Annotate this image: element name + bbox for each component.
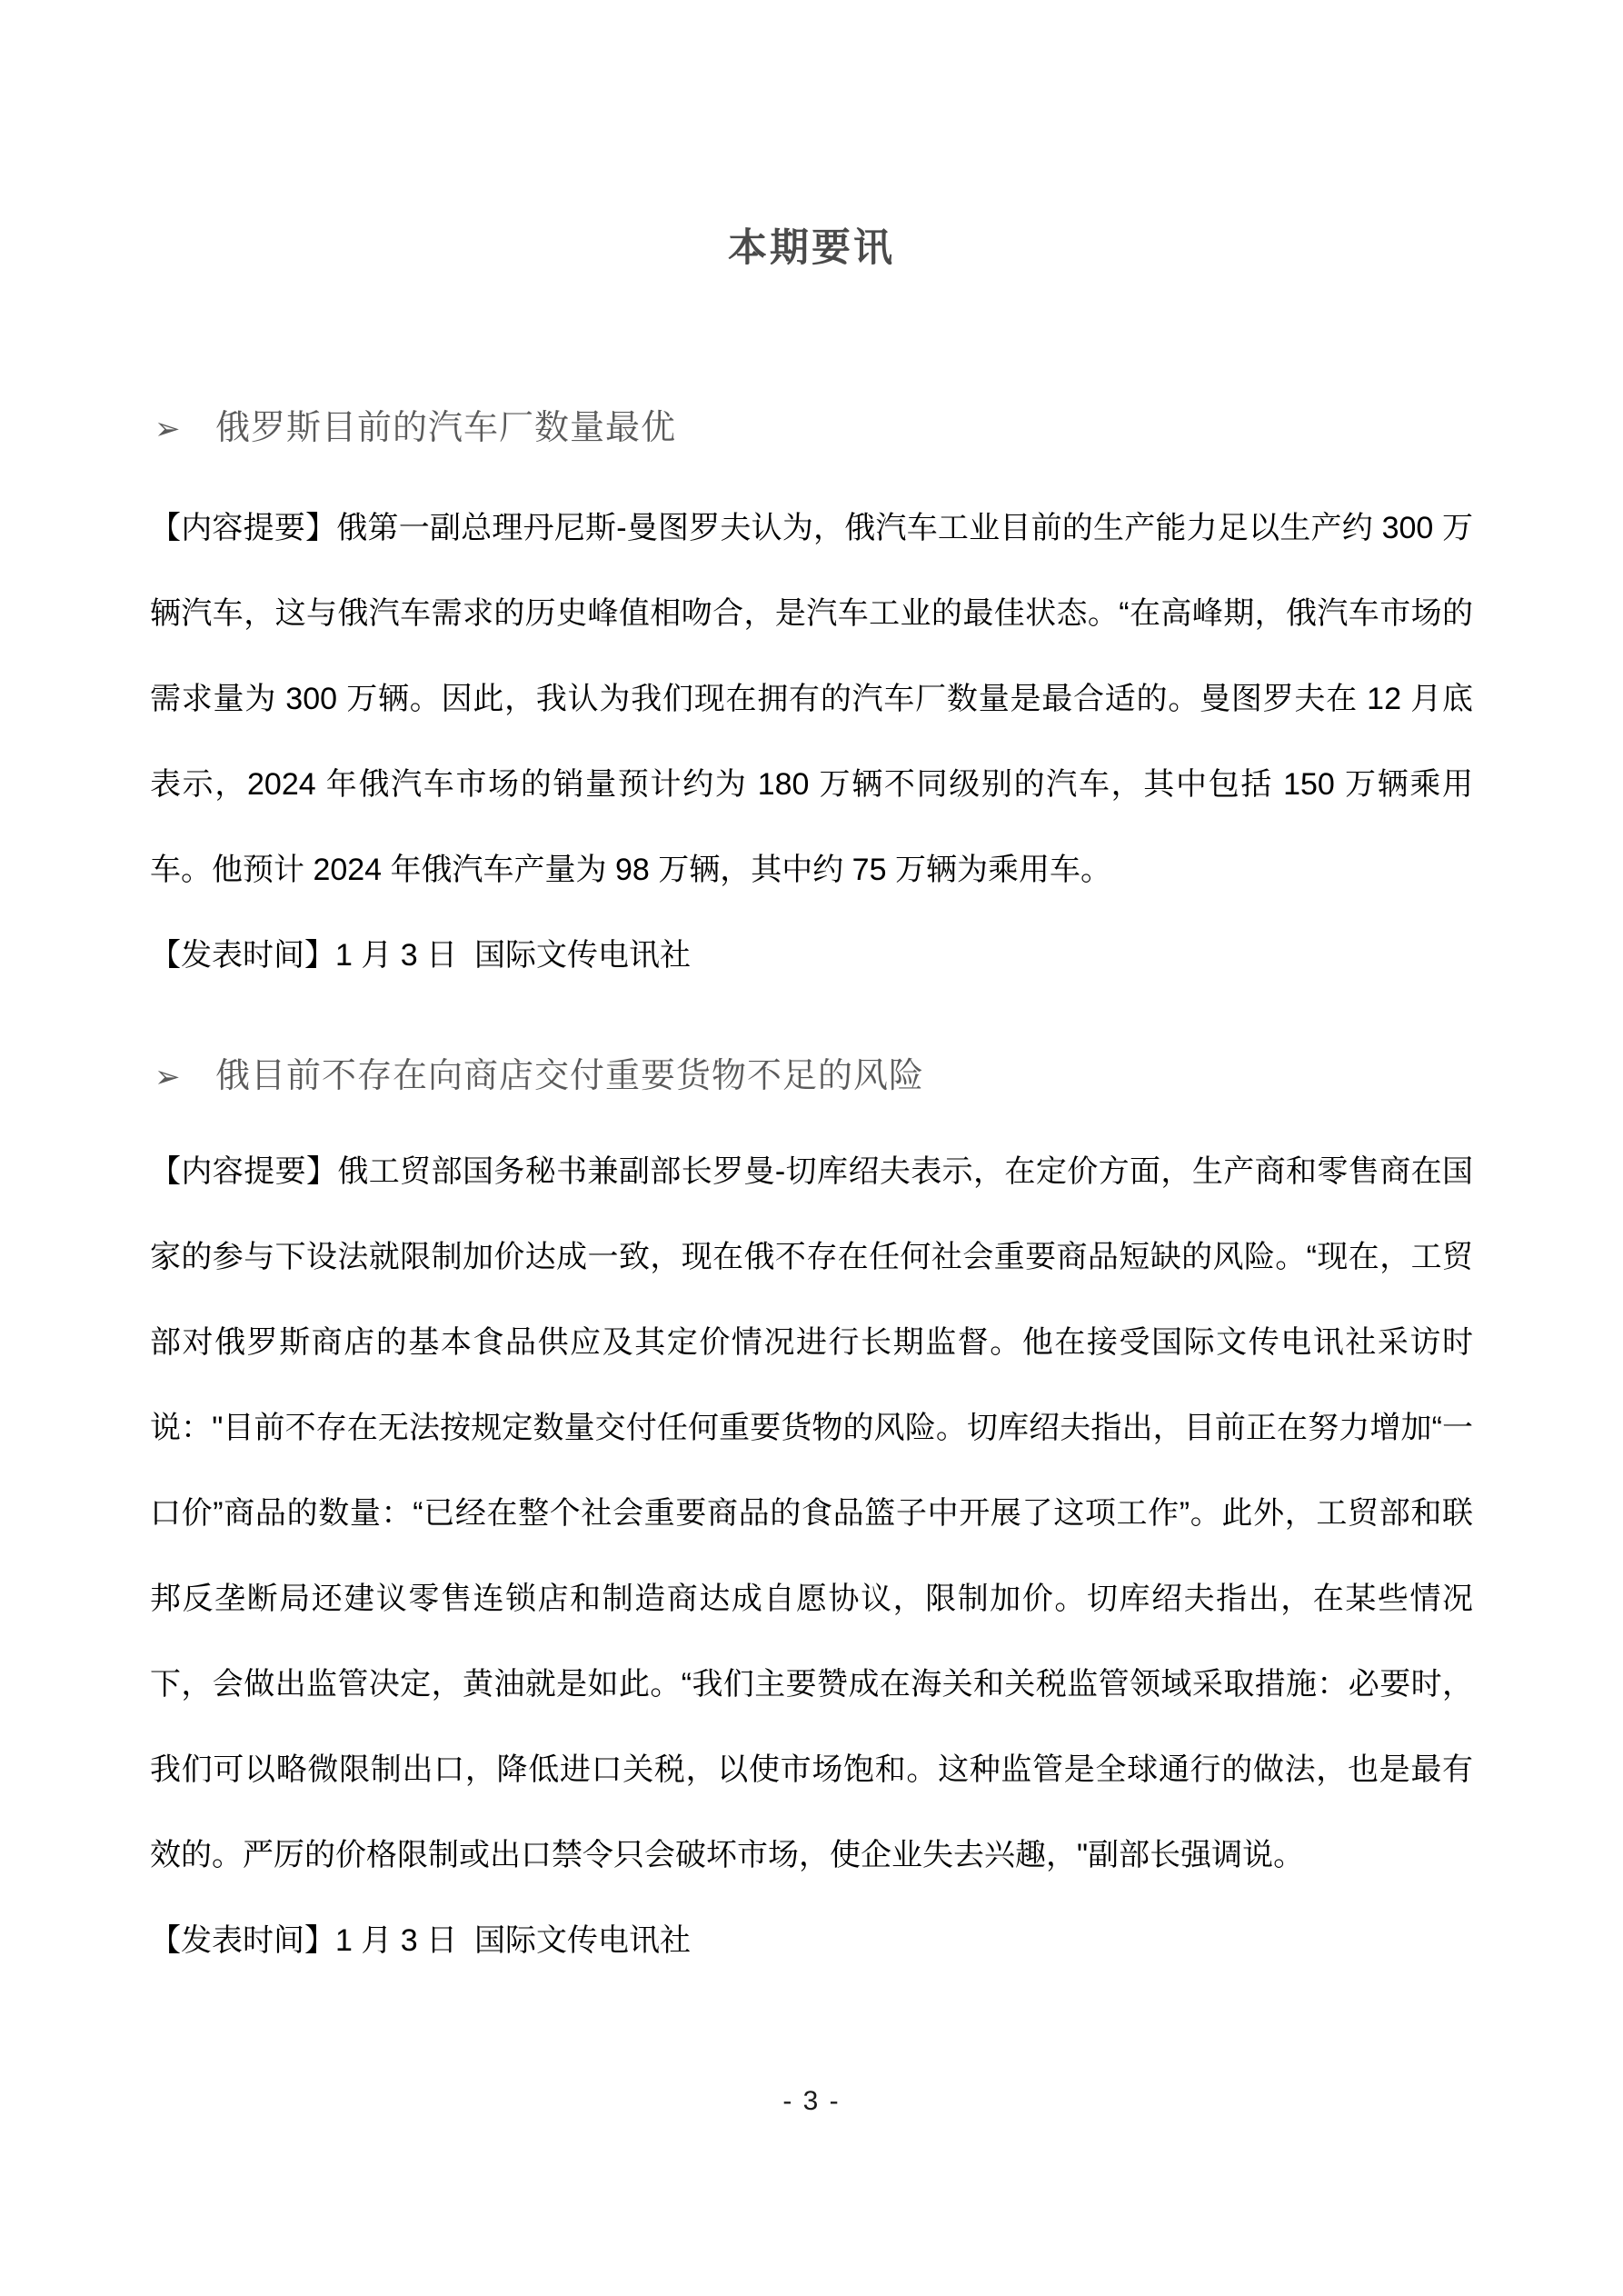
document-page: 本期要讯 ➢ 俄罗斯目前的汽车厂数量最优 【内容提要】俄第一副总理丹尼斯-曼图罗…: [0, 0, 1623, 2296]
section-heading-row: ➢ 俄罗斯目前的汽车厂数量最优: [150, 404, 1473, 453]
news-section-goods-delivery: ➢ 俄目前不存在向商店交付重要货物不足的风险 【内容提要】俄工贸部国务秘书兼副部…: [150, 1053, 1473, 1983]
section-heading-text: 俄罗斯目前的汽车厂数量最优: [215, 404, 676, 452]
arrow-bullet-icon: ➢: [150, 405, 215, 453]
arrow-bullet-icon: ➢: [150, 1053, 215, 1101]
publish-date-line: 【发表时间】1 月 3 日 国际文传电讯社: [150, 1898, 1473, 1983]
section-body-paragraph: 【内容提要】俄第一副总理丹尼斯-曼图罗夫认为，俄汽车工业目前的生产能力足以生产约…: [150, 485, 1473, 913]
news-section-auto-plants: ➢ 俄罗斯目前的汽车厂数量最优 【内容提要】俄第一副总理丹尼斯-曼图罗夫认为，俄…: [150, 404, 1473, 998]
page-number: - 3 -: [0, 2086, 1623, 2117]
section-body-paragraph: 【内容提要】俄工贸部国务秘书兼副部长罗曼-切库绍夫表示，在定价方面，生产商和零售…: [150, 1129, 1473, 1898]
section-heading-text: 俄目前不存在向商店交付重要货物不足的风险: [215, 1053, 924, 1100]
section-heading-row: ➢ 俄目前不存在向商店交付重要货物不足的风险: [150, 1053, 1473, 1101]
page-title: 本期要讯: [0, 0, 1623, 269]
publish-date-line: 【发表时间】1 月 3 日 国际文传电讯社: [150, 913, 1473, 998]
